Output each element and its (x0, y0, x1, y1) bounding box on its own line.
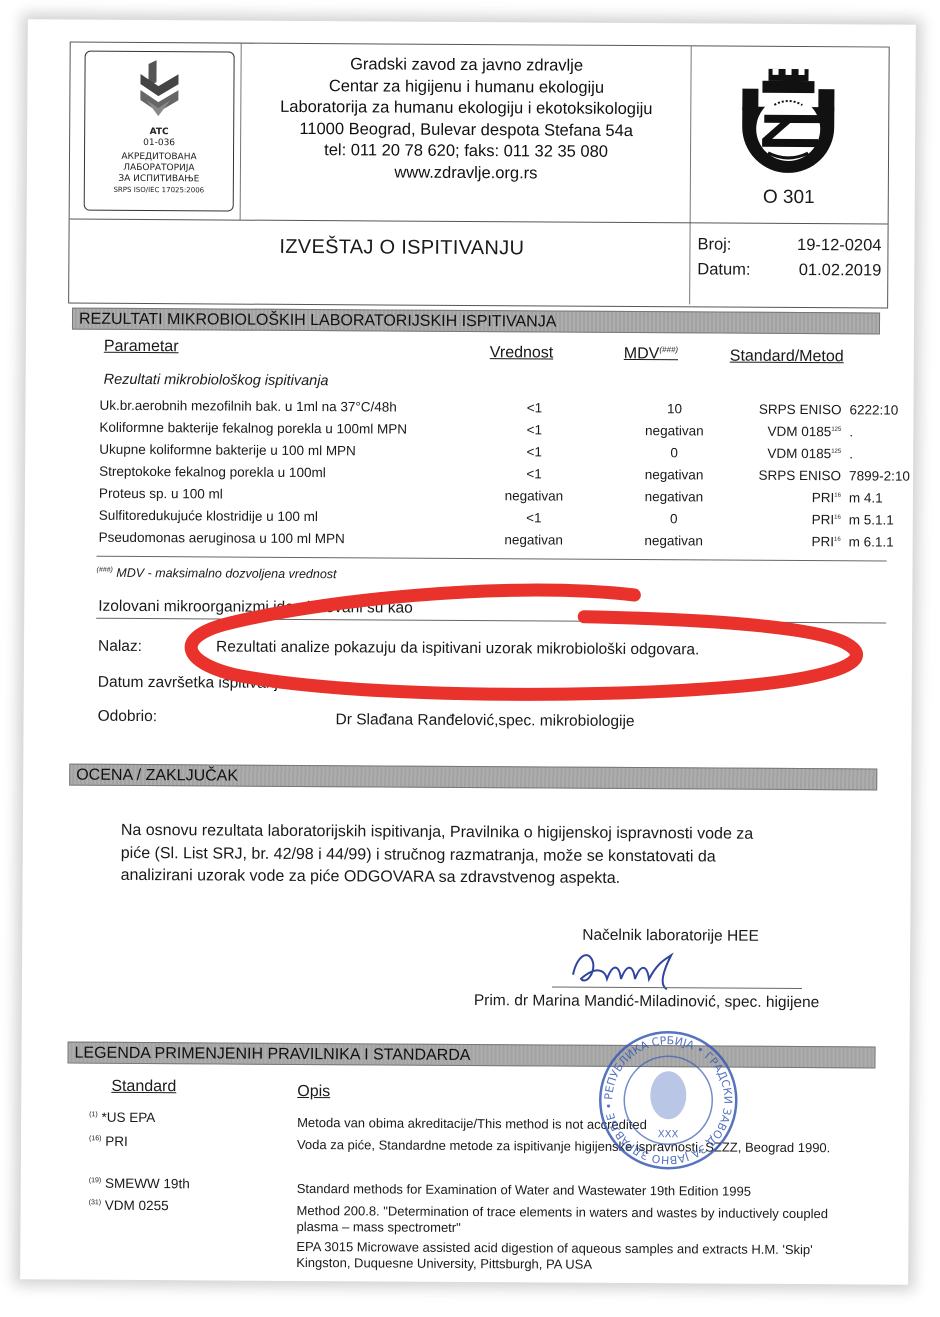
atc-line: АКРЕДИТОВАНА (85, 152, 233, 164)
param-name: Pseudomonas aeruginosa u 100 ml MPN (99, 530, 345, 547)
city-crest-icon (728, 67, 849, 178)
institution-lab: Laboratorija za humanu ekologiju i ekoto… (246, 97, 686, 121)
param-standard: SRPS ENISO (719, 402, 841, 418)
param-method: . (849, 424, 853, 439)
atc-line: ЗА ИСПИТИВАЊЕ (85, 174, 233, 186)
institution-website[interactable]: www.zdravlje.org.rs (246, 161, 686, 185)
atc-code: ATC (85, 127, 233, 139)
standard-ref: 16 (834, 537, 841, 543)
param-name: Koliformne bakterije fekalnog porekla u … (99, 420, 407, 437)
divider (97, 556, 887, 562)
param-name: Proteus sp. u 100 ml (99, 486, 223, 502)
conclusion-section-bar: OCENA / ZAKLJUČAK (69, 764, 877, 791)
official-stamp-icon: РЕПУБЛИКА СРБИЈА • ГРАДСКИ ЗАВОД ЗА ЈАВН… (593, 1025, 744, 1176)
legend-standard: (16) PRI (89, 1134, 128, 1149)
odobrio-value: Dr Slađana Ranđelović,spec. mikrobiologi… (336, 711, 635, 731)
param-method: m 4.1 (849, 490, 883, 505)
param-method: m 6.1.1 (849, 534, 894, 549)
atc-logo-icon (134, 60, 184, 120)
divider (240, 44, 242, 220)
param-standard: PRI16 (719, 534, 841, 550)
report-meta: Broj:19-12-0204 Datum:01.02.2019 (697, 232, 881, 283)
footnote-sup: (###) (96, 567, 112, 574)
standard-ref: 16 (834, 515, 841, 521)
param-standard: VDM 0185125 (719, 424, 841, 440)
param-value: <1 (479, 466, 589, 482)
datum-label: Datum: (697, 257, 750, 282)
param-value: negativan (479, 488, 589, 504)
institution-block: Gradski zavod za javno zdravlje Centar z… (246, 54, 687, 186)
mdv-footnote: (###) MDV - maksimalno dozvoljena vredno… (96, 566, 336, 581)
form-code: O 301 (690, 186, 888, 209)
param-standard: VDM 0185125 (719, 446, 841, 462)
header-box: ATC 01-036 АКРЕДИТОВАНА ЛАБОРАТОРИЈА ЗА … (68, 42, 890, 309)
param-value: <1 (479, 422, 589, 438)
institution-center: Centar za higijenu i humanu ekologiju (246, 75, 686, 99)
col-mdv-sup: (###) (659, 345, 678, 354)
legend-std-name: *US EPA (101, 1110, 155, 1125)
legend-description: EPA 3015 Microwave assisted acid digesti… (296, 1239, 856, 1274)
nalaz-label: Nalaz: (98, 638, 142, 656)
standard-name: VDM 0185 (767, 446, 831, 461)
legend-ref: (1) (89, 1111, 98, 1118)
legend-col-opis: Opis (297, 1083, 330, 1101)
col-vrednost: Vrednost (490, 344, 554, 362)
standard-name: SRPS ENISO (759, 402, 842, 418)
signatory-name: Prim. dr Marina Mandić-Miladinović, spec… (474, 992, 820, 1012)
standard-name: SRPS ENISO (759, 468, 842, 484)
datum-value: 01.02.2019 (799, 258, 882, 284)
divider (689, 46, 692, 304)
standard-name: PRI (812, 490, 835, 505)
datum-zavrsetka-label: Datum završetka ispitivanja (98, 674, 287, 693)
standard-ref: 125 (831, 449, 841, 455)
conclusion-text: Na osnovu rezultata laboratorijskih ispi… (121, 820, 841, 892)
param-standard: PRI16 (719, 512, 841, 528)
legend-std-name: PRI (105, 1134, 128, 1149)
param-value: <1 (479, 510, 589, 526)
atc-standard: SRPS ISO/IEC 17025:2006 (85, 185, 233, 197)
document-page: ATC 01-036 АКРЕДИТОВАНА ЛАБОРАТОРИЈА ЗА … (20, 19, 916, 1284)
param-name: Sulfitoredukujuće klostridije u 100 ml (99, 508, 318, 524)
signature-icon (567, 945, 717, 992)
standard-name: PRI (812, 512, 835, 527)
legend-ref: (16) (89, 1135, 101, 1142)
param-name: Ukupne koliformne bakterije u 100 ml MPN (99, 442, 356, 459)
param-method: m 5.1.1 (849, 512, 894, 527)
standard-name: VDM 0185 (767, 424, 831, 439)
param-name: Uk.br.aerobnih mezofilnih bak. u 1ml na … (99, 398, 396, 415)
standard-name: PRI (811, 534, 834, 549)
divider (96, 618, 886, 624)
institution-phone: tel: 011 20 78 620; faks: 011 32 35 080 (246, 140, 686, 164)
param-value: <1 (479, 444, 589, 460)
legend-ref: (31) (89, 1199, 101, 1206)
param-standard: PRI16 (719, 490, 841, 506)
nalaz-value: Rezultati analize pokazuju da ispitivani… (216, 638, 699, 659)
param-value: <1 (479, 400, 589, 416)
col-standard: Standard/Metod (730, 348, 844, 367)
legend-description: Method 200.8. "Determination of trace el… (296, 1203, 856, 1238)
param-name: Streptokoke fekalnog porekla u 100ml (99, 464, 326, 480)
param-method: 7899-2:10 (849, 468, 910, 483)
legend-description: Standard methods for Examination of Wate… (297, 1181, 857, 1200)
param-standard: SRPS ENISO (719, 468, 841, 484)
report-title: IZVEŠTAJ O ISPITIVANJU (279, 236, 524, 260)
standard-ref: 125 (831, 427, 841, 433)
divider (70, 219, 888, 225)
legend-ref: (19) (89, 1177, 101, 1184)
footnote-text: MDV - maksimalno dozvoljena vrednost (116, 566, 336, 581)
legend-section-bar: LEGENDA PRIMENJENIH PRAVILNIKA I STANDAR… (67, 1042, 875, 1069)
legend-standard: (31) VDM 0255 (89, 1198, 169, 1213)
param-method: . (849, 446, 853, 461)
broj-label: Broj: (697, 232, 731, 257)
table-row: Pseudomonas aeruginosa u 100 ml MPN nega… (99, 530, 889, 557)
stamp-inner: XXX (658, 1129, 679, 1140)
col-mdv-label: MDV (624, 345, 660, 362)
signatory-title: Načelnik laboratorije HEE (582, 927, 759, 946)
legend-description: Metoda van obima akreditacije/This metho… (297, 1115, 857, 1134)
legend-standard: (19) SMEWW 19th (89, 1176, 190, 1192)
legend-description: Voda za piće, Standardne metode za ispit… (297, 1137, 857, 1156)
institution-name: Gradski zavod za javno zdravlje (247, 54, 687, 78)
atc-line: ЛАБОРАТОРИЈА (85, 163, 233, 175)
conclusion-line: analizirani uzorak vode za piće ODGOVARA… (121, 865, 841, 892)
results-section-bar: REZULTATI MIKROBIOLOŠKIH LABORATORIJSKIH… (72, 308, 880, 335)
legend-std-name: SMEWW 19th (105, 1176, 190, 1192)
col-mdv: MDV(###) (624, 345, 678, 364)
legend-std-name: VDM 0255 (105, 1198, 169, 1213)
param-method: 6222:10 (849, 402, 898, 417)
accreditation-logo: ATC 01-036 АКРЕДИТОВАНА ЛАБОРАТОРИЈА ЗА … (84, 51, 235, 212)
standard-ref: 16 (834, 493, 841, 499)
atc-number: 01-036 (85, 138, 233, 150)
legend-col-standard: Standard (111, 1078, 176, 1096)
izolovani-label: Izolovani mikroorganizmi identifikovani … (98, 598, 413, 618)
broj-value: 19-12-0204 (797, 233, 882, 259)
results-subsection: Rezultati mikrobiološkog ispitivanja (104, 372, 329, 389)
col-parametar: Parametar (104, 338, 179, 356)
odobrio-label: Odobrio: (98, 708, 158, 726)
institution-address: 11000 Beograd, Bulevar despota Stefana 5… (246, 118, 686, 142)
param-value: negativan (479, 532, 589, 548)
legend-standard: (1) *US EPA (89, 1110, 155, 1125)
